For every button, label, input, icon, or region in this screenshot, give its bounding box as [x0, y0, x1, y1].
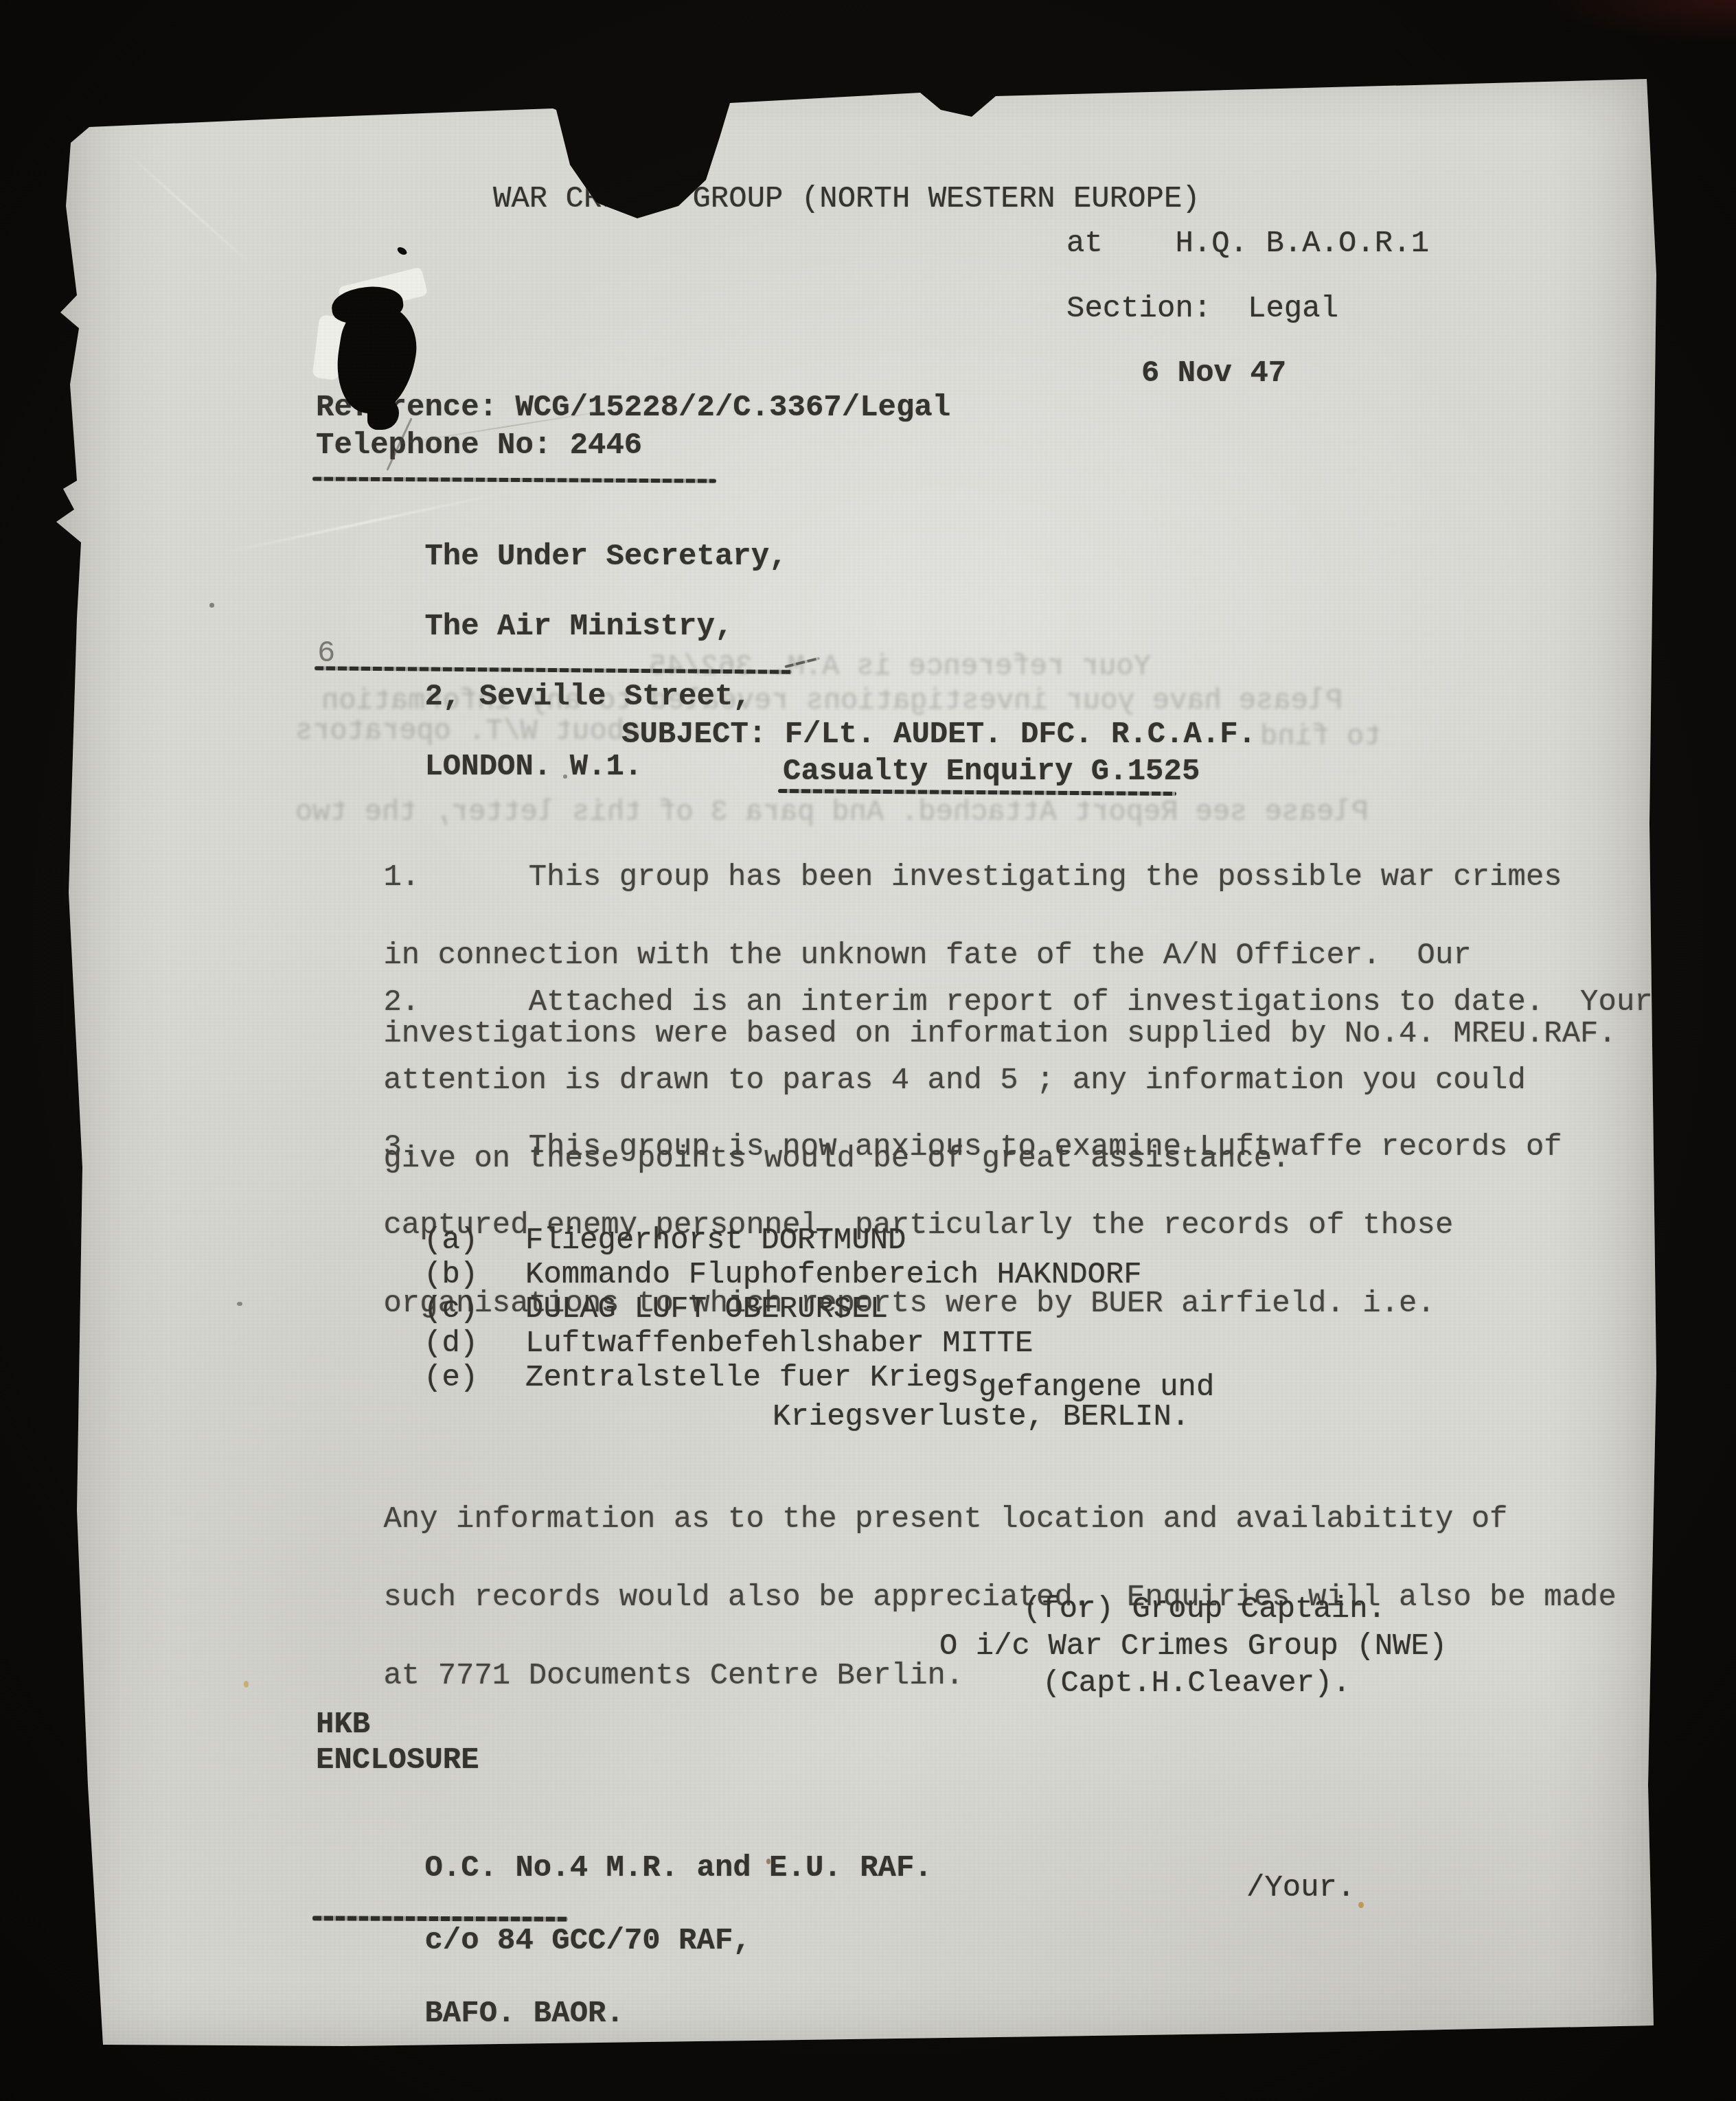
para-line: 3. This group is now anxious to examine …: [383, 1130, 1562, 1164]
list-item-text: Luftwaffenbefehlshaber MITTE: [525, 1329, 1033, 1359]
list-item-tag: (c): [424, 1294, 478, 1324]
telephone-underline: [312, 477, 716, 483]
paper-hole: [367, 398, 399, 430]
list-continuation: Kriegsverluste, BERLIN.: [773, 1402, 1189, 1432]
list-item-tag: (d): [424, 1329, 478, 1359]
at-hq-line: at H.Q. B.A.O.R.1: [1066, 229, 1429, 259]
paper-speck: [766, 1859, 770, 1864]
typist-initials: HKB: [316, 1710, 370, 1740]
catchword: /Your.: [1246, 1873, 1355, 1903]
para-line: 1. This group has been investigating the…: [383, 860, 1562, 895]
telephone-line: Telephone No: 2446: [316, 430, 642, 461]
list-item-tag: (b): [424, 1260, 478, 1290]
list-item-text: Zentralstelle fuer Kriegsgefangene und: [525, 1363, 1214, 1393]
reference-line: Reference: WCG/15228/2/C.3367/Legal: [316, 393, 950, 423]
recipient-line: The Air Ministry,: [424, 610, 733, 644]
section-line: Section: Legal: [1066, 294, 1338, 324]
list-item-text: Fliegerhorst DORTMUND: [525, 1226, 906, 1256]
copy-addressee-line: O.C. No.4 M.R. and E.U. RAF.: [424, 1851, 932, 1885]
para-line: Any information as to the present locati…: [383, 1502, 1507, 1537]
date-line: 6 Nov 47: [1141, 358, 1286, 389]
list-item-text: DULAG LUFT OBERURSEL: [525, 1294, 888, 1324]
bafo-underline: [312, 1916, 568, 1921]
subject-line2: Casualty Enquiry G.1525: [783, 757, 1200, 787]
paragraph-4: Any information as to the present locati…: [275, 1461, 1617, 1735]
photo-backdrop: Your reference is A.M. 362/45 Please hav…: [0, 0, 1736, 2101]
list-item-tag: (a): [424, 1226, 478, 1256]
recipient-line: LONDON. W.1.: [424, 750, 642, 784]
ink-speck: [209, 603, 214, 608]
page-mark: 6: [317, 639, 335, 669]
paper-tear-speck: [396, 246, 408, 256]
paper-speck: [1358, 1902, 1364, 1908]
para-line: at 7771 Documents Centre Berlin.: [383, 1659, 963, 1693]
list-item-text: Kommando Fluphofenbereich HAKNDORF: [525, 1260, 1142, 1290]
subject-underline: [778, 789, 1176, 796]
copy-addressee-line: c/o 84 GCC/70 RAF,: [424, 1924, 751, 1958]
org-line: WAR CRIMES GROUP (NORTH WESTERN EUROPE): [493, 184, 1200, 214]
letter-page: Your reference is A.M. 362/45 Please hav…: [55, 65, 1662, 2050]
enclosure-label: ENCLOSURE: [316, 1745, 479, 1776]
para-line: 2. Attached is an interim report of inve…: [383, 985, 1652, 1020]
paper-crease: [120, 146, 254, 266]
copy-addressee-line: BAFO. BAOR.: [424, 1997, 624, 2031]
copy-addressee: O.C. No.4 M.R. and E.U. RAF. c/o 84 GCC/…: [316, 1814, 933, 2069]
signature-title-line: O i/c War Crimes Group (NWE): [939, 1631, 1447, 1662]
para-line: such records would also be appreciated. …: [383, 1581, 1617, 1615]
recipient-address: The Under Secretary, The Air Ministry, 2…: [316, 505, 788, 820]
recipient-line: The Under Secretary,: [424, 540, 787, 574]
signature-name-line: (Capt.H.Cleaver).: [1042, 1668, 1351, 1699]
bleedthrough-line: to find: [1260, 722, 1381, 751]
list-item-tag: (e): [424, 1363, 478, 1393]
ink-speck: [563, 774, 567, 779]
subject-line: SUBJECT: F/Lt. AUDET. DFC. R.C.A.F.: [621, 720, 1256, 750]
signature-for-line: (for) Group Captain.: [1023, 1594, 1386, 1624]
ink-speck: [237, 1302, 242, 1306]
recipient-line: 2, Seville Street,: [424, 680, 751, 714]
paper-speck: [244, 1681, 249, 1688]
